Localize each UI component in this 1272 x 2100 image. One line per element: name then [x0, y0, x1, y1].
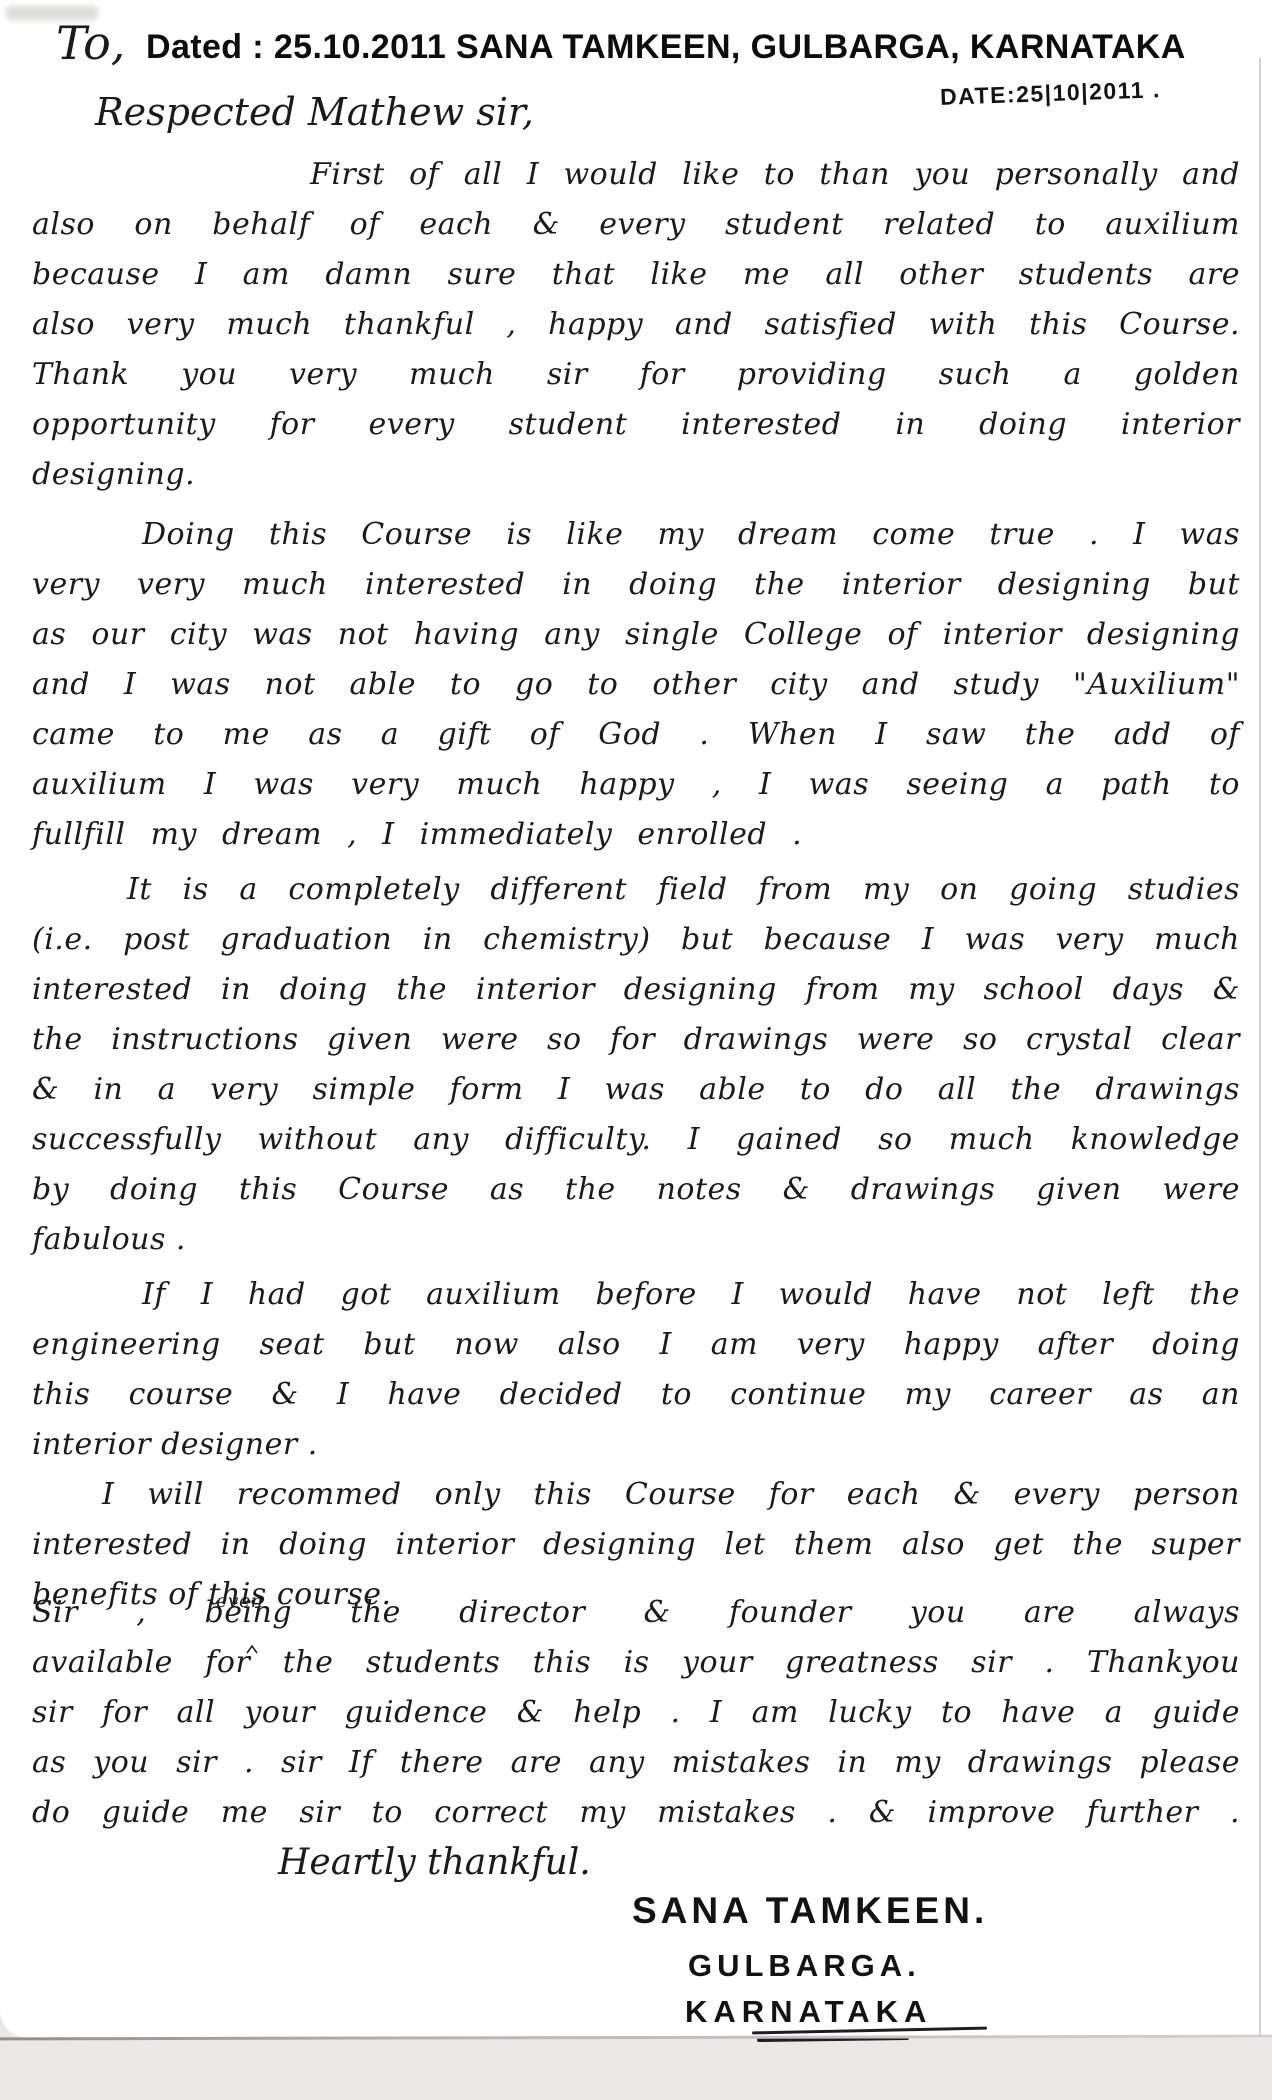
letter-line: designing. [32, 450, 1240, 500]
letter-line: very very much interested in doing the i… [32, 560, 1240, 610]
letter-line: I will recommed only this Course for eac… [32, 1470, 1240, 1520]
signature-name: SANA TAMKEEN. [632, 1890, 988, 1932]
letter-line: came to me as a gift of God . When I saw… [32, 710, 1240, 760]
closing-line: Heartly thankful. [278, 1842, 591, 1883]
letter-line: If I had got auxilium before I would hav… [32, 1270, 1240, 1320]
letter-line: Sir , being the director & founder you a… [32, 1588, 1240, 1638]
inserted-word-note: even [216, 1576, 263, 1626]
letter-paragraph-1: First of all I would like to than you pe… [32, 150, 1240, 500]
letter-paragraph-3: It is a completely different field from … [32, 865, 1240, 1265]
letter-line: interested in doing the interior designi… [32, 965, 1240, 1015]
scan-edge-line [1259, 58, 1261, 2036]
letter-line: First of all I would like to than you pe… [32, 150, 1240, 200]
letter-line: opportunity for every student interested… [32, 400, 1240, 450]
letter-line: (i.e. post graduation in chemistry) but … [32, 915, 1240, 965]
letter-line: also very much thankful , happy and sati… [32, 300, 1240, 350]
signature-state: KARNATAKA [685, 1994, 932, 2030]
letter-line: Thank you very much sir for providing su… [32, 350, 1240, 400]
letter-line: successfully without any difficulty. I g… [32, 1115, 1240, 1165]
letter-line: engineering seat but now also I am very … [32, 1320, 1240, 1370]
date-stamp: DATE:25|10|2011 . [940, 76, 1162, 111]
letter-line: as you sir . sir If there are any mistak… [32, 1738, 1240, 1788]
signature-city: GULBARGA. [688, 1948, 921, 1984]
letter-line: & in a very simple form I was able to do… [32, 1065, 1240, 1115]
salutation: Respected Mathew sir, [95, 90, 534, 134]
letter-line: sir for all your guidence & help . I am … [32, 1688, 1240, 1738]
letter-line: and I was not able to go to other city a… [32, 660, 1240, 710]
letter-line: fullfill my dream , I immediately enroll… [32, 810, 1240, 860]
letter-paper: To, Dated : 25.10.2011 SANA TAMKEEN, GUL… [0, 0, 1272, 2038]
page-title: Dated : 25.10.2011 SANA TAMKEEN, GULBARG… [146, 28, 1186, 67]
letter-line: interested in doing interior designing l… [32, 1520, 1240, 1570]
letter-line: the instructions given were so for drawi… [32, 1015, 1240, 1065]
letter-line: do guide me sir to correct my mistakes .… [32, 1788, 1240, 1838]
to-label: To, [56, 16, 125, 70]
letter-line: interior designer . [32, 1420, 1240, 1470]
letter-line: available for the students this is your … [32, 1638, 1240, 1688]
letter-line: because I am damn sure that like me all … [32, 250, 1240, 300]
letter-line: It is a completely different field from … [32, 865, 1240, 915]
letter-line: by doing this Course as the notes & draw… [32, 1165, 1240, 1215]
letter-line: also on behalf of each & every student r… [32, 200, 1240, 250]
letter-line: this course & I have decided to continue… [32, 1370, 1240, 1420]
letter-paragraph-6: even Sir , being the director & founder … [32, 1588, 1240, 1838]
letter-paragraph-2: Doing this Course is like my dream come … [32, 510, 1240, 860]
insert-caret-mark [246, 1620, 258, 1670]
letter-line: auxilium I was very much happy , I was s… [32, 760, 1240, 810]
letter-line: fabulous . [32, 1215, 1240, 1265]
letter-paragraph-4: If I had got auxilium before I would hav… [32, 1270, 1240, 1470]
letter-line: Doing this Course is like my dream come … [32, 510, 1240, 560]
letter-line: as our city was not having any single Co… [32, 610, 1240, 660]
